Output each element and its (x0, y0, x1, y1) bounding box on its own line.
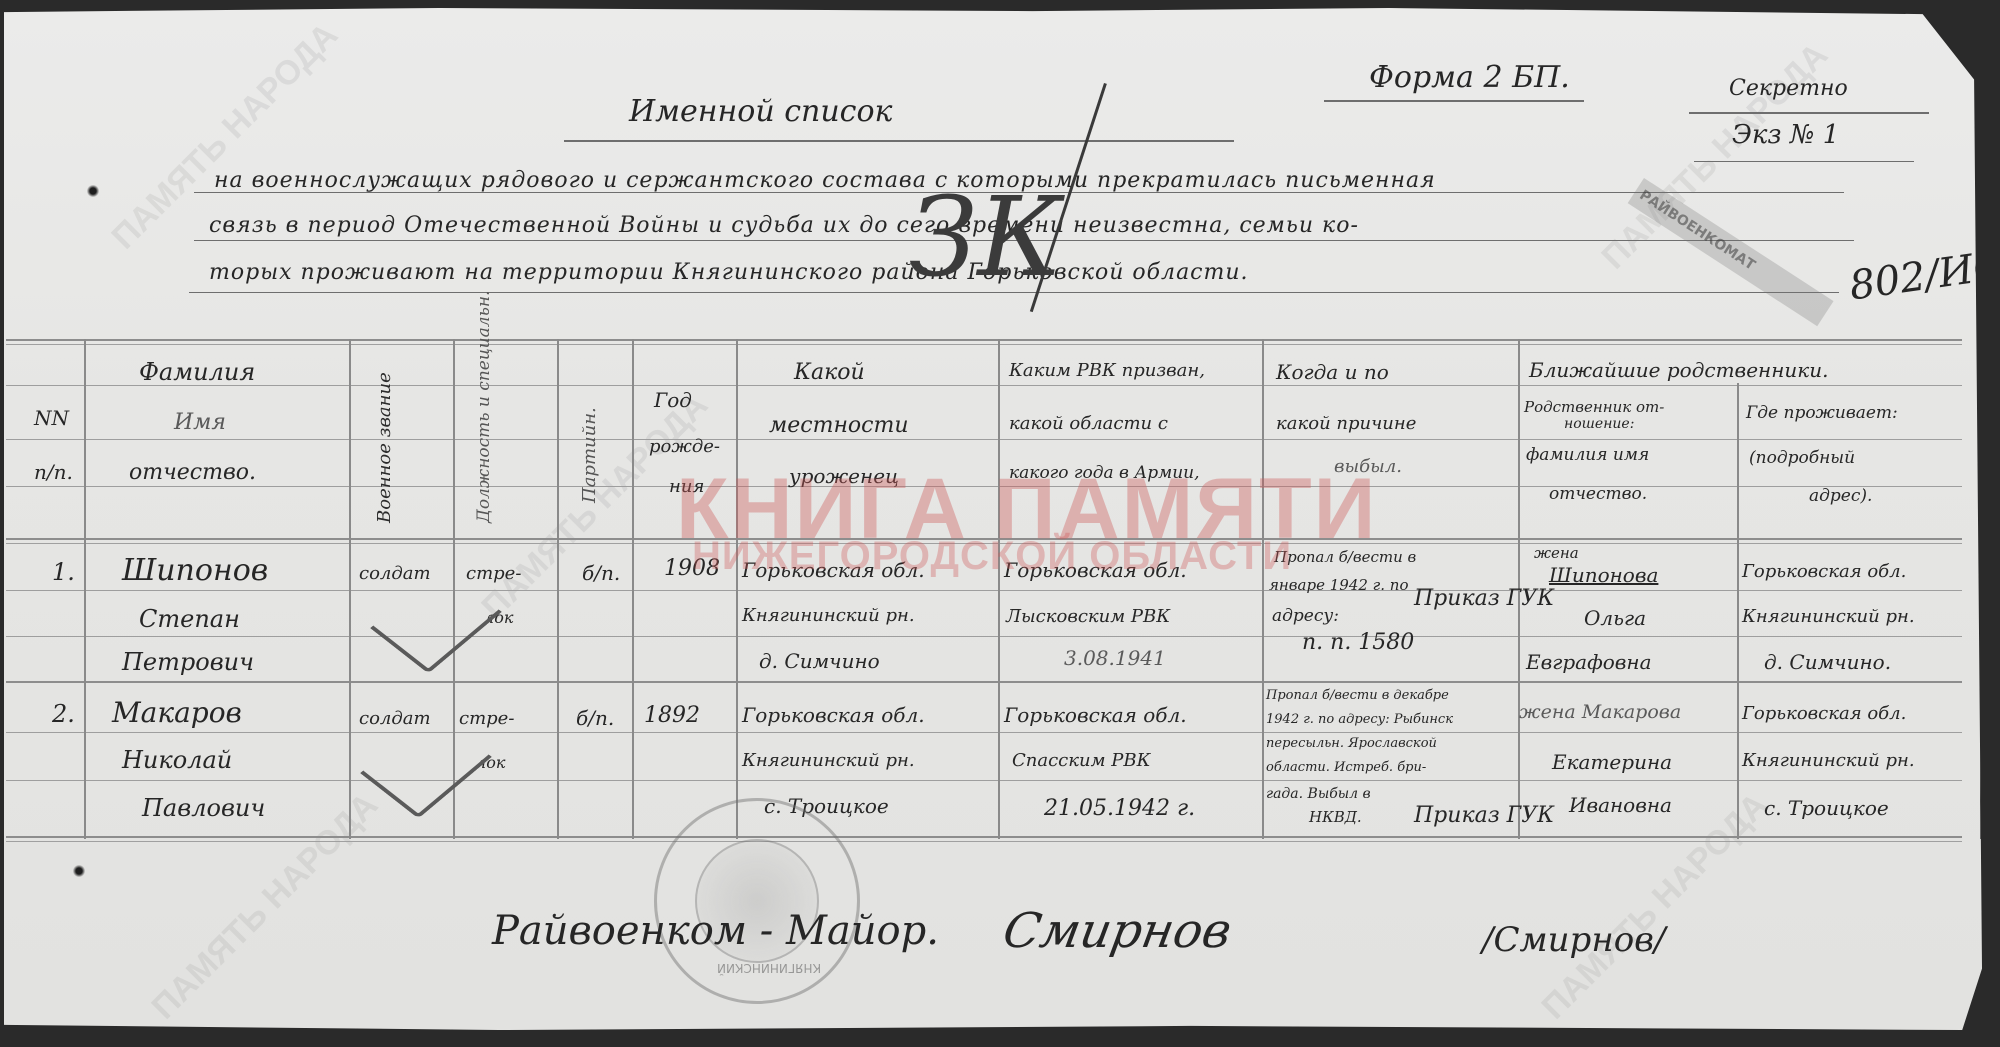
classification: Секретно (1729, 76, 1848, 101)
rectangular-stamp: РАЙВОЕНКОМАТ (1628, 178, 1834, 326)
document-sheet: ПАМЯТЬ НАРОДА ПАМЯТЬ НАРОДА ПАМЯТЬ НАРОД… (4, 8, 1982, 1030)
header-relative-address: Где проживает: (1746, 403, 1898, 423)
punch-hole (68, 860, 90, 882)
birthplace: Горьковская обл. (742, 703, 925, 727)
handwritten-signature: Смирнов (999, 903, 1235, 959)
first-name: Степан (139, 605, 240, 633)
patronymic: Павлович (142, 794, 265, 822)
header-dropped: какой причине (1276, 413, 1416, 434)
drafted-by: Спасским РВК (1012, 750, 1151, 771)
stamp-text: КНЯГИНИНСКИЙ (717, 961, 821, 975)
header-party: Партийн. (579, 383, 600, 503)
header-relatives-group: Ближайшие родственники. (1529, 358, 1828, 382)
document-title: Именной список (629, 94, 892, 129)
header-num: NN (34, 406, 69, 430)
row-number: 1. (52, 558, 75, 586)
header-name: Фамилия (139, 358, 255, 386)
table-top-border (6, 339, 1962, 341)
surname: Шипонов (122, 553, 268, 588)
relative-address: Княгининский рн. (1742, 750, 1915, 771)
drafted-date: 21.05.1942 г. (1044, 796, 1195, 821)
party: б/п. (576, 706, 614, 730)
patronymic: Петрович (122, 648, 254, 676)
header-rank: Военное звание (374, 403, 395, 523)
row-separator (6, 681, 1962, 683)
position: стре- (459, 708, 514, 729)
signatory-name: /Смирнов/ (1482, 920, 1665, 960)
dropped-info: январе 1942 г. по (1269, 576, 1408, 594)
ghost-watermark: ПАМЯТЬ НАРОДА (1535, 787, 1775, 1027)
position: стре- (466, 563, 521, 584)
dropped-info: НКВД. (1309, 808, 1362, 826)
copy-number: Экз № 1 (1732, 120, 1839, 150)
table-bottom-border (6, 841, 1962, 842)
intro-line-2: связь в период Отечественной Войны и суд… (209, 213, 1359, 238)
birthplace: Княгининский рн. (742, 750, 915, 771)
dropped-info: гада. Выбыл в (1266, 786, 1371, 802)
header-name: Имя (174, 410, 226, 435)
column-divider (736, 339, 738, 839)
relative-address: Княгининский рн. (1742, 606, 1915, 627)
header-birthplace: местности (769, 413, 909, 438)
classification-underline (1689, 112, 1929, 114)
header-num: п/п. (34, 460, 73, 484)
round-official-stamp: КНЯГИНИНСКИЙ (654, 798, 860, 1004)
intro-line-3: торых проживают на территории Княгининск… (209, 260, 1249, 285)
table-rule (6, 385, 1962, 386)
table-rule (6, 732, 1962, 733)
relative-surname: Шипонова (1549, 563, 1658, 587)
relative-relation: жена (1534, 544, 1579, 562)
header-relative-name: Родственник от- (1524, 398, 1664, 416)
table-bottom-border (6, 836, 1962, 838)
header-position: Должность и специальн. (474, 383, 494, 523)
birthplace: д. Симчино (759, 649, 880, 673)
column-divider (998, 339, 1000, 839)
order-note: Приказ ГУК (1414, 586, 1554, 611)
relative-patronymic: Ивановна (1569, 793, 1672, 817)
intro-line-1: на военнослужащих рядового и сержантског… (214, 168, 1436, 193)
party: б/п. (582, 561, 620, 585)
drafted-by: Лысковским РВК (1006, 606, 1170, 627)
table-rule (6, 590, 1962, 591)
dropped-info: 1942 г. по адресу: Рыбинск (1266, 712, 1453, 727)
table-right-edge (1980, 339, 1982, 839)
surname: Макаров (112, 696, 242, 729)
title-underline (564, 140, 1234, 142)
header-drafted: какой области с (1009, 413, 1168, 434)
header-name: отчество. (129, 460, 256, 485)
column-divider (84, 339, 86, 839)
drafted-date: 3.08.1941 (1064, 646, 1166, 670)
column-divider (632, 339, 634, 839)
dropped-info: пересыльн. Ярославской (1266, 736, 1437, 751)
column-divider (1262, 339, 1264, 839)
rank: солдат (359, 563, 431, 584)
row-number: 2. (52, 700, 75, 728)
header-relative-address: адрес). (1809, 486, 1872, 506)
drafted-by: Горьковская обл. (1004, 703, 1187, 727)
birth-year: 1892 (644, 703, 700, 728)
copy-underline (1694, 161, 1914, 162)
relative-address: д. Симчино. (1764, 650, 1891, 674)
relative-address: Горьковская обл. (1742, 561, 1906, 582)
dropped-info: адресу: (1272, 606, 1339, 626)
relative-first-name: Екатерина (1552, 750, 1672, 774)
form-underline (1324, 100, 1584, 102)
header-birth-year: Год (654, 388, 692, 412)
header-drafted: Каким РВК призван, (1009, 360, 1205, 381)
reference-number: 802/ИС (1847, 242, 2000, 309)
header-relative-name: фамилия имя (1526, 445, 1649, 465)
table-rule (6, 780, 1962, 781)
table-rule (6, 439, 1962, 440)
birthplace: Княгининский рн. (742, 605, 915, 626)
form-label: Форма 2 БП. (1369, 60, 1570, 95)
header-relative-name: отчество. (1549, 484, 1647, 504)
dropped-info: области. Истреб. бри- (1266, 760, 1426, 775)
table-rule (6, 636, 1962, 637)
header-dropped: Когда и по (1276, 360, 1389, 384)
table-top-border (6, 344, 1962, 345)
punch-hole (82, 180, 104, 202)
header-birthplace: Какой (794, 360, 865, 385)
signatory-title: Райвоенком - Майор. (492, 908, 939, 954)
watermark-subtitle: НИЖЕГОРОДСКОЙ ОБЛАСТИ (692, 536, 1292, 576)
first-name: Николай (122, 746, 232, 774)
column-divider (1737, 383, 1739, 839)
header-relative-address: (подробный (1749, 448, 1855, 468)
relative-address: Горьковская обл. (1742, 703, 1906, 724)
relative-patronymic: Евграфовна (1526, 650, 1652, 674)
header-birth-year: рожде- (649, 436, 720, 457)
relative-first-name: Ольга (1584, 606, 1646, 630)
column-divider (557, 339, 559, 839)
column-divider (349, 339, 351, 839)
relative-name: жена Макарова (1519, 701, 1681, 723)
header-relative-name: ношение: (1564, 416, 1634, 432)
relative-address: с. Троицкое (1764, 796, 1889, 820)
dropped-info: Пропал б/вести в декабре (1266, 688, 1449, 703)
order-note: Приказ ГУК (1414, 803, 1554, 828)
field-post-number: п. п. 1580 (1302, 630, 1414, 655)
